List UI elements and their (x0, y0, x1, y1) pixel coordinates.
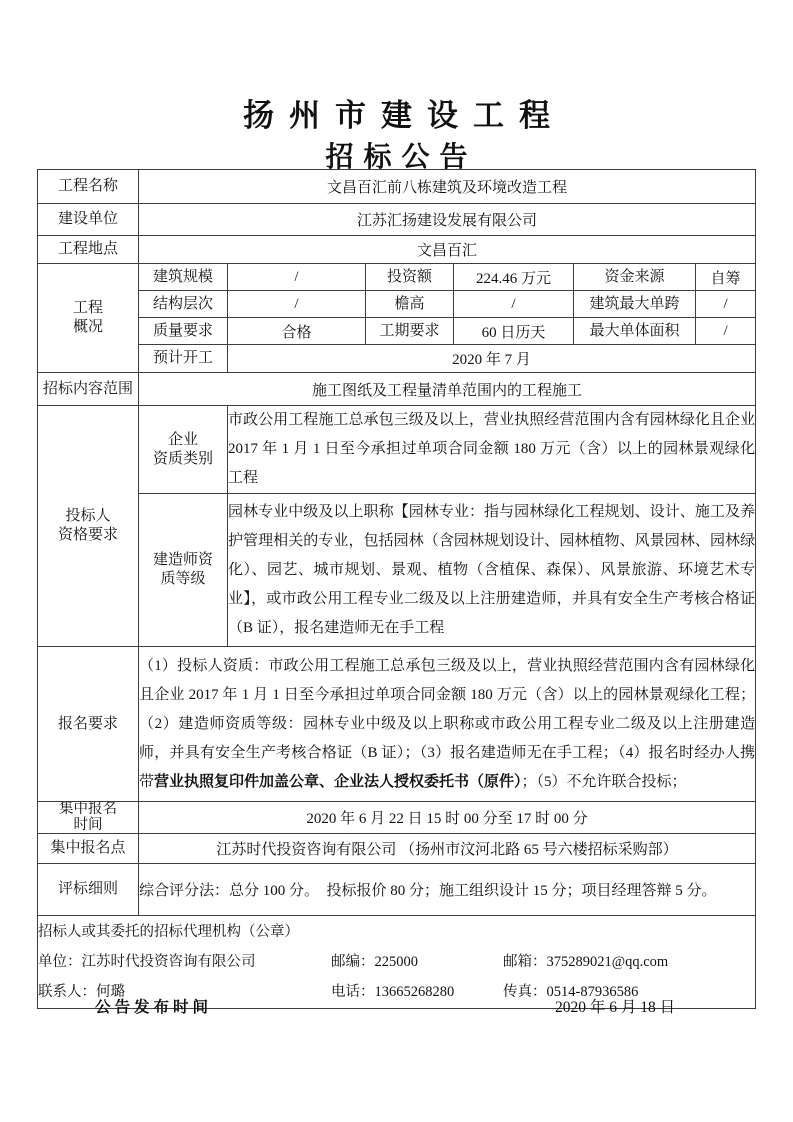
row-registration: 报名要求 （1）投标人资质：市政公用工程施工总承包三级及以上，营业执照经营范围内… (38, 647, 756, 802)
announcement-table: 工程名称 文昌百汇前八栋建筑及环境改造工程 建设单位 江苏汇扬建设发展有限公司 … (37, 169, 756, 1009)
fund-source-value: 自筹 (696, 264, 756, 291)
eave-height-value: / (454, 291, 574, 318)
row-builder-qualification: 建造师资 质等级 园林专业中级及以上职称【园林专业：指与园林绿化工程规划、设计、… (38, 494, 756, 647)
owner-label: 建设单位 (38, 204, 139, 236)
row-scope: 招标内容范围 施工图纸及工程量清单范围内的工程施工 (38, 373, 756, 406)
agency-heading-line: 招标人或其委托的招标代理机构（公章） (38, 917, 755, 947)
row-evaluation: 评标细则 综合评分法：总分 100 分。 投标报价 80 分；施工组织设计 15… (38, 864, 756, 916)
signup-place-label: 集中报名点 (38, 834, 139, 864)
agency-heading: 招标人或其委托的招标代理机构（公章） (38, 917, 299, 947)
structure-value: / (228, 291, 366, 318)
duration-value: 60 日历天 (454, 318, 574, 345)
publish-label: 公告发布时间 (95, 995, 212, 1017)
owner-value: 江苏汇扬建设发展有限公司 (139, 204, 756, 236)
start-date-label: 预计开工 (139, 345, 228, 373)
duration-label: 工期要求 (366, 318, 454, 345)
evaluation-value: 综合评分法：总分 100 分。 投标报价 80 分；施工组织设计 15 分；项目… (139, 864, 756, 916)
row-project-name: 工程名称 文昌百汇前八栋建筑及环境改造工程 (38, 170, 756, 204)
row-signup-time: 集中报名 时间 2020 年 6 月 22 日 15 时 00 分至 17 时 … (38, 802, 756, 834)
signup-time-label: 集中报名 时间 (38, 802, 139, 834)
agency-postcode: 邮编：225000 (331, 947, 503, 977)
signup-place-value: 江苏时代投资咨询有限公司 （扬州市汶河北路 65 号六楼招标采购部） (139, 834, 756, 864)
building-scale-label: 建筑规模 (139, 264, 228, 291)
quality-label: 质量要求 (139, 318, 228, 345)
publish-row: 公告发布时间 2020 年 6 月 18 日 (0, 995, 793, 1017)
max-span-label: 建筑最大单跨 (574, 291, 696, 318)
location-value: 文昌百汇 (139, 236, 756, 264)
scope-value: 施工图纸及工程量清单范围内的工程施工 (139, 373, 756, 406)
fund-source-label: 资金来源 (574, 264, 696, 291)
agency-unit-line: 单位：江苏时代投资咨询有限公司 邮编：225000 邮箱：375289021@q… (38, 947, 755, 977)
project-name-label: 工程名称 (38, 170, 139, 204)
signup-time-value: 2020 年 6 月 22 日 15 时 00 分至 17 时 00 分 (139, 802, 756, 834)
scope-label: 招标内容范围 (38, 373, 139, 406)
row-overview-2: 结构层次 / 檐高 / 建筑最大单跨 / (38, 291, 756, 318)
registration-content-post: ；（5）不允许联合投标； (522, 774, 687, 790)
quality-value: 合格 (228, 318, 366, 345)
enterprise-qualification-content: 市政公用工程施工总承包三级及以上，营业执照经营范围内含有园林绿化且企业 2017… (228, 406, 756, 494)
builder-qualification-content: 园林专业中级及以上职称【园林专业：指与园林绿化工程规划、设计、施工及养护管理相关… (228, 494, 756, 647)
publish-date: 2020 年 6 月 18 日 (555, 995, 675, 1017)
announcement-page: 扬州市建设工程 招标公告 工程名称 文昌百汇前八栋建筑及环境改造工程 建设单位 … (0, 0, 793, 1122)
location-label: 工程地点 (38, 236, 139, 264)
agency-unit: 单位：江苏时代投资咨询有限公司 (38, 947, 331, 977)
enterprise-qualification-label: 企业 资质类别 (139, 406, 228, 494)
registration-content: （1）投标人资质：市政公用工程施工总承包三级及以上，营业执照经营范围内含有园林绿… (139, 647, 756, 802)
structure-label: 结构层次 (139, 291, 228, 318)
max-area-value: / (696, 318, 756, 345)
max-span-value: / (696, 291, 756, 318)
agency-email: 邮箱：375289021@qq.com (503, 947, 668, 977)
max-area-label: 最大单体面积 (574, 318, 696, 345)
project-name-value: 文昌百汇前八栋建筑及环境改造工程 (139, 170, 756, 204)
row-enterprise-qualification: 投标人 资格要求 企业 资质类别 市政公用工程施工总承包三级及以上，营业执照经营… (38, 406, 756, 494)
investment-value: 224.46 万元 (454, 264, 574, 291)
row-overview-1: 工程 概况 建筑规模 / 投资额 224.46 万元 资金来源 自筹 (38, 264, 756, 291)
overview-label: 工程 概况 (38, 264, 139, 373)
investment-label: 投资额 (366, 264, 454, 291)
building-scale-value: / (228, 264, 366, 291)
eave-height-label: 檐高 (366, 291, 454, 318)
registration-content-pre: （1）投标人资质：市政公用工程施工总承包三级及以上，营业执照经营范围内含有园林绿… (139, 658, 755, 790)
registration-label: 报名要求 (38, 647, 139, 802)
registration-content-bold: 营业执照复印件加盖公章、企业法人授权委托书（原件） (154, 774, 522, 790)
builder-qualification-label: 建造师资 质等级 (139, 494, 228, 647)
row-location: 工程地点 文昌百汇 (38, 236, 756, 264)
row-overview-start: 预计开工 2020 年 7 月 (38, 345, 756, 373)
start-date-value: 2020 年 7 月 (228, 345, 756, 373)
evaluation-label: 评标细则 (38, 864, 139, 916)
row-owner: 建设单位 江苏汇扬建设发展有限公司 (38, 204, 756, 236)
page-title: 扬州市建设工程 (0, 90, 793, 135)
bidder-qualification-label: 投标人 资格要求 (38, 406, 139, 647)
row-overview-3: 质量要求 合格 工期要求 60 日历天 最大单体面积 / (38, 318, 756, 345)
row-signup-place: 集中报名点 江苏时代投资咨询有限公司 （扬州市汶河北路 65 号六楼招标采购部） (38, 834, 756, 864)
